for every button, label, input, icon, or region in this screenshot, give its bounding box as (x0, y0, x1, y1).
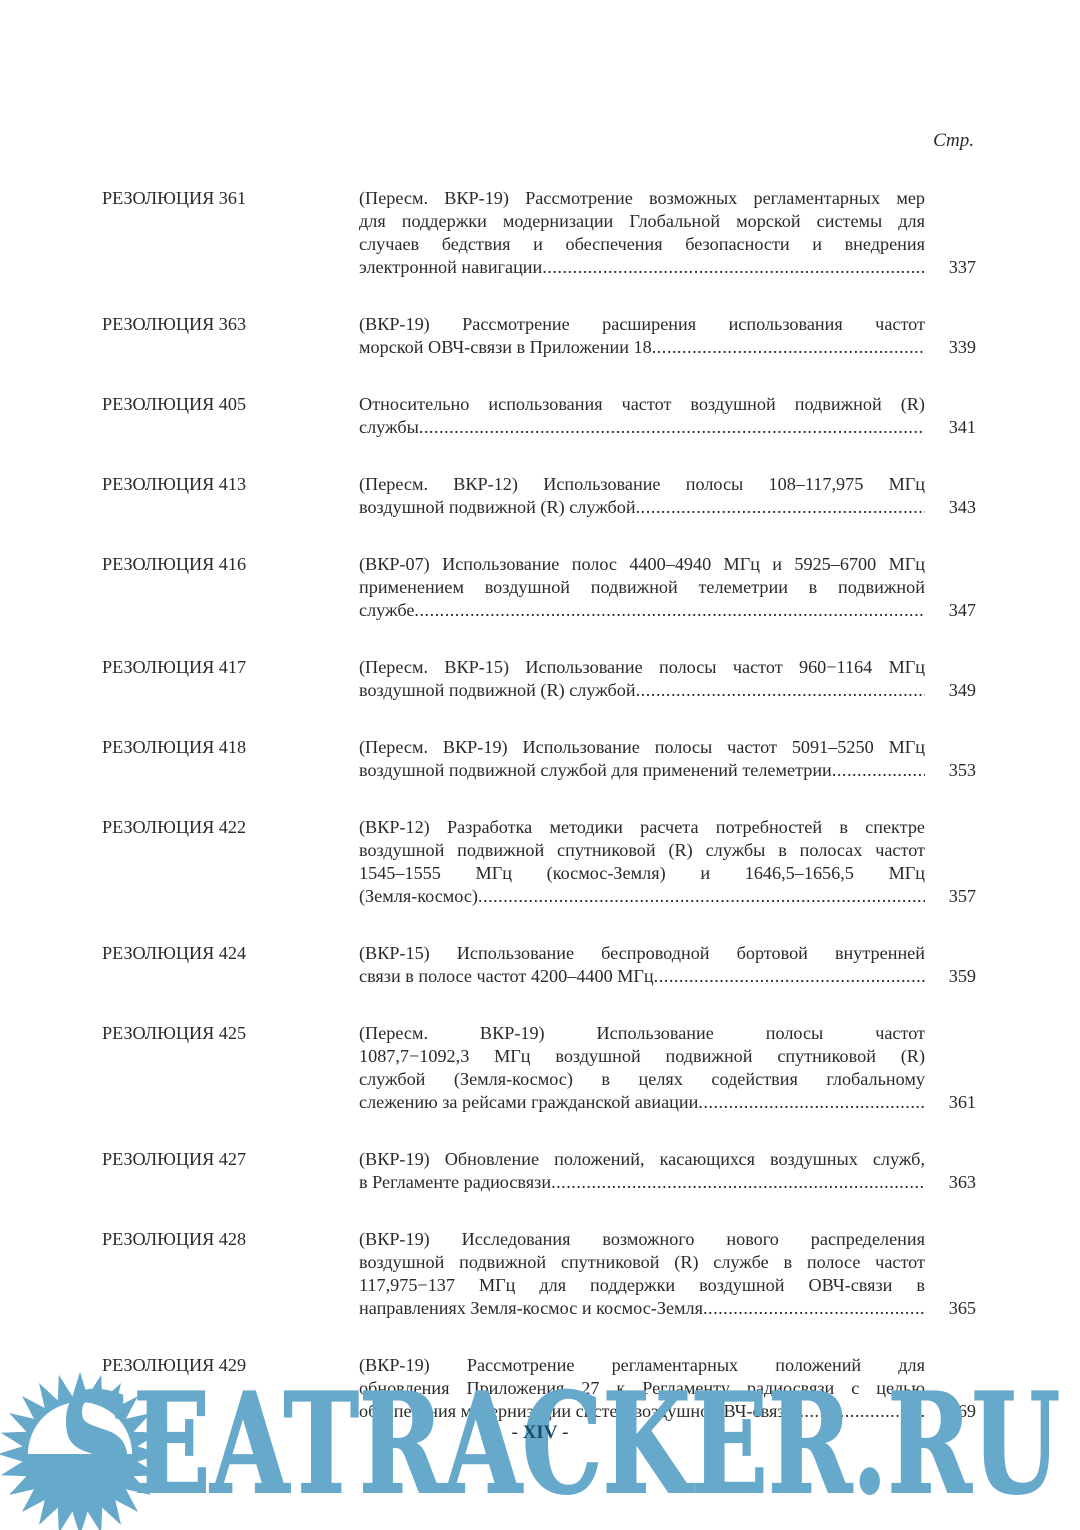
title-last-line: электронной навигации (359, 256, 542, 279)
leader-dots: ........................................… (652, 336, 925, 359)
title-last-line: службы (359, 416, 419, 439)
page-number-ref[interactable]: 357 (925, 885, 976, 908)
page-column-header: Стр. (933, 130, 974, 152)
title-line: применением воздушной подвижной телеметр… (359, 576, 925, 599)
page-number-ref[interactable]: 337 (925, 256, 976, 279)
title-last-line: службе (359, 599, 414, 622)
page-number-ref[interactable]: 343 (925, 496, 976, 519)
resolution-label: РЕЗОЛЮЦИЯ 413 (102, 473, 359, 496)
toc-entry[interactable]: РЕЗОЛЮЦИЯ 361(Пересм. ВКР-19) Рассмотрен… (102, 187, 976, 279)
page-number-ref[interactable]: 365 (925, 1297, 976, 1320)
page-number-ref[interactable]: 341 (925, 416, 976, 439)
resolution-title: (Пересм. ВКР-19) Использование полосы ча… (359, 1022, 925, 1114)
title-line: (Пересм. ВКР-19) Рассмотрение возможных … (359, 187, 925, 210)
resolution-label: РЕЗОЛЮЦИЯ 424 (102, 942, 359, 965)
title-last-line: (Земля-космос) (359, 885, 478, 908)
title-line: 117,975−137 МГц для поддержки воздушной … (359, 1274, 925, 1297)
toc-entry[interactable]: РЕЗОЛЮЦИЯ 363(ВКР-19) Рассмотрение расши… (102, 313, 976, 359)
title-last-line: воздушной подвижной (R) службой (359, 496, 636, 519)
page-number-ref[interactable]: 363 (925, 1171, 976, 1194)
page-number-ref[interactable]: 353 (925, 759, 976, 782)
title-last-line: слежению за рейсами гражданской авиации (359, 1091, 698, 1114)
resolution-title: (ВКР-15) Использование беспроводной борт… (359, 942, 925, 988)
title-line: (ВКР-19) Исследования возможного нового … (359, 1228, 925, 1251)
resolution-label: РЕЗОЛЮЦИЯ 361 (102, 187, 359, 210)
page-number-ref[interactable]: 339 (925, 336, 976, 359)
leader-dots: ........................................… (654, 965, 925, 988)
toc-entry[interactable]: РЕЗОЛЮЦИЯ 416(ВКР-07) Использование поло… (102, 553, 976, 622)
leader-dots: ........................................… (636, 496, 925, 519)
leader-dots: ........................................… (542, 256, 925, 279)
title-line: (ВКР-19) Обновление положений, касающихс… (359, 1148, 925, 1171)
title-line: 1087,7−1092,3 МГц воздушной подвижной сп… (359, 1045, 925, 1068)
title-last-line: морской ОВЧ-связи в Приложении 18 (359, 336, 652, 359)
resolution-label: РЕЗОЛЮЦИЯ 425 (102, 1022, 359, 1045)
page-number-ref[interactable]: 349 (925, 679, 976, 702)
leader-dots: ........................................… (414, 599, 925, 622)
resolution-label: РЕЗОЛЮЦИЯ 429 (102, 1354, 359, 1377)
resolution-label: РЕЗОЛЮЦИЯ 416 (102, 553, 359, 576)
resolution-title: (Пересм. ВКР-19) Рассмотрение возможных … (359, 187, 925, 279)
leader-dots: ........................................… (832, 759, 925, 782)
resolution-title: (ВКР-19) Рассмотрение регламентарных пол… (359, 1354, 925, 1423)
toc-entry[interactable]: РЕЗОЛЮЦИЯ 405Относительно использования … (102, 393, 976, 439)
title-line: Относительно использования частот воздуш… (359, 393, 925, 416)
resolution-title: (ВКР-19) Рассмотрение расширения использ… (359, 313, 925, 359)
resolution-title: Относительно использования частот воздуш… (359, 393, 925, 439)
title-line: (Пересм. ВКР-19) Использование полосы ча… (359, 1022, 925, 1045)
resolution-title: (ВКР-12) Разработка методики расчета пот… (359, 816, 925, 908)
title-line: (ВКР-19) Рассмотрение регламентарных пол… (359, 1354, 925, 1377)
title-line: (Пересм. ВКР-19) Использование полосы ча… (359, 736, 925, 759)
page-number-ref[interactable]: 359 (925, 965, 976, 988)
title-line: (ВКР-15) Использование беспроводной борт… (359, 942, 925, 965)
toc-entry[interactable]: РЕЗОЛЮЦИЯ 422(ВКР-12) Разработка методик… (102, 816, 976, 908)
title-line: (ВКР-07) Использование полос 4400–4940 М… (359, 553, 925, 576)
leader-dots: ........................................… (703, 1297, 925, 1320)
toc-entry[interactable]: РЕЗОЛЮЦИЯ 417(Пересм. ВКР-15) Использова… (102, 656, 976, 702)
resolution-label: РЕЗОЛЮЦИЯ 427 (102, 1148, 359, 1171)
resolution-title: (Пересм. ВКР-19) Использование полосы ча… (359, 736, 925, 782)
title-line: для поддержки модернизации Глобальной мо… (359, 210, 925, 233)
page-number-ref[interactable]: 347 (925, 599, 976, 622)
resolution-label: РЕЗОЛЮЦИЯ 428 (102, 1228, 359, 1251)
resolution-label: РЕЗОЛЮЦИЯ 418 (102, 736, 359, 759)
title-line: (Пересм. ВКР-12) Использование полосы 10… (359, 473, 925, 496)
leader-dots: ........................................… (698, 1091, 925, 1114)
table-of-contents: РЕЗОЛЮЦИЯ 361(Пересм. ВКР-19) Рассмотрен… (102, 187, 976, 1423)
title-line: случаев бедствия и обеспечения безопасно… (359, 233, 925, 256)
leader-dots: ........................................… (551, 1171, 925, 1194)
title-line: (Пересм. ВКР-15) Использование полосы ча… (359, 656, 925, 679)
resolution-title: (ВКР-07) Использование полос 4400–4940 М… (359, 553, 925, 622)
leader-dots: ........................................… (636, 679, 925, 702)
page-number-ref[interactable]: 369 (925, 1400, 976, 1423)
page-number: XIV (523, 1422, 558, 1443)
title-line: (ВКР-12) Разработка методики расчета пот… (359, 816, 925, 839)
toc-entry[interactable]: РЕЗОЛЮЦИЯ 429(ВКР-19) Рассмотрение регла… (102, 1354, 976, 1423)
resolution-label: РЕЗОЛЮЦИЯ 363 (102, 313, 359, 336)
toc-entry[interactable]: РЕЗОЛЮЦИЯ 428(ВКР-19) Исследования возмо… (102, 1228, 976, 1320)
toc-entry[interactable]: РЕЗОЛЮЦИЯ 427(ВКР-19) Обновление положен… (102, 1148, 976, 1194)
title-last-line: воздушной подвижной службой для применен… (359, 759, 832, 782)
leader-dots: ........................................… (478, 885, 925, 908)
title-line: воздушной подвижной спутниковой (R) служ… (359, 839, 925, 862)
title-line: воздушной подвижной спутниковой (R) служ… (359, 1251, 925, 1274)
title-last-line: обеспечения модернизации систем воздушно… (359, 1400, 794, 1423)
title-line: обновления Приложения 27 к Регламенту ра… (359, 1377, 925, 1400)
resolution-title: (Пересм. ВКР-12) Использование полосы 10… (359, 473, 925, 519)
resolution-title: (ВКР-19) Обновление положений, касающихс… (359, 1148, 925, 1194)
title-last-line: в Регламенте радиосвязи (359, 1171, 551, 1194)
title-line: 1545–1555 МГц (космос-Земля) и 1646,5–16… (359, 862, 925, 885)
title-last-line: воздушной подвижной (R) службой (359, 679, 636, 702)
page-footer: - XIV - (0, 1422, 1080, 1444)
toc-entry[interactable]: РЕЗОЛЮЦИЯ 418(Пересм. ВКР-19) Использова… (102, 736, 976, 782)
toc-entry[interactable]: РЕЗОЛЮЦИЯ 424(ВКР-15) Использование бесп… (102, 942, 976, 988)
resolution-label: РЕЗОЛЮЦИЯ 417 (102, 656, 359, 679)
title-line: службой (Земля-космос) в целях содействи… (359, 1068, 925, 1091)
toc-entry[interactable]: РЕЗОЛЮЦИЯ 425(Пересм. ВКР-19) Использова… (102, 1022, 976, 1114)
leader-dots: ........................................… (419, 416, 925, 439)
resolution-title: (Пересм. ВКР-15) Использование полосы ча… (359, 656, 925, 702)
page-number-ref[interactable]: 361 (925, 1091, 976, 1114)
resolution-title: (ВКР-19) Исследования возможного нового … (359, 1228, 925, 1320)
toc-entry[interactable]: РЕЗОЛЮЦИЯ 413(Пересм. ВКР-12) Использова… (102, 473, 976, 519)
leader-dots: ........................................… (794, 1400, 925, 1423)
resolution-label: РЕЗОЛЮЦИЯ 405 (102, 393, 359, 416)
title-last-line: связи в полосе частот 4200–4400 МГц (359, 965, 654, 988)
title-line: (ВКР-19) Рассмотрение расширения использ… (359, 313, 925, 336)
resolution-label: РЕЗОЛЮЦИЯ 422 (102, 816, 359, 839)
title-last-line: направлениях Земля-космос и космос-Земля (359, 1297, 703, 1320)
